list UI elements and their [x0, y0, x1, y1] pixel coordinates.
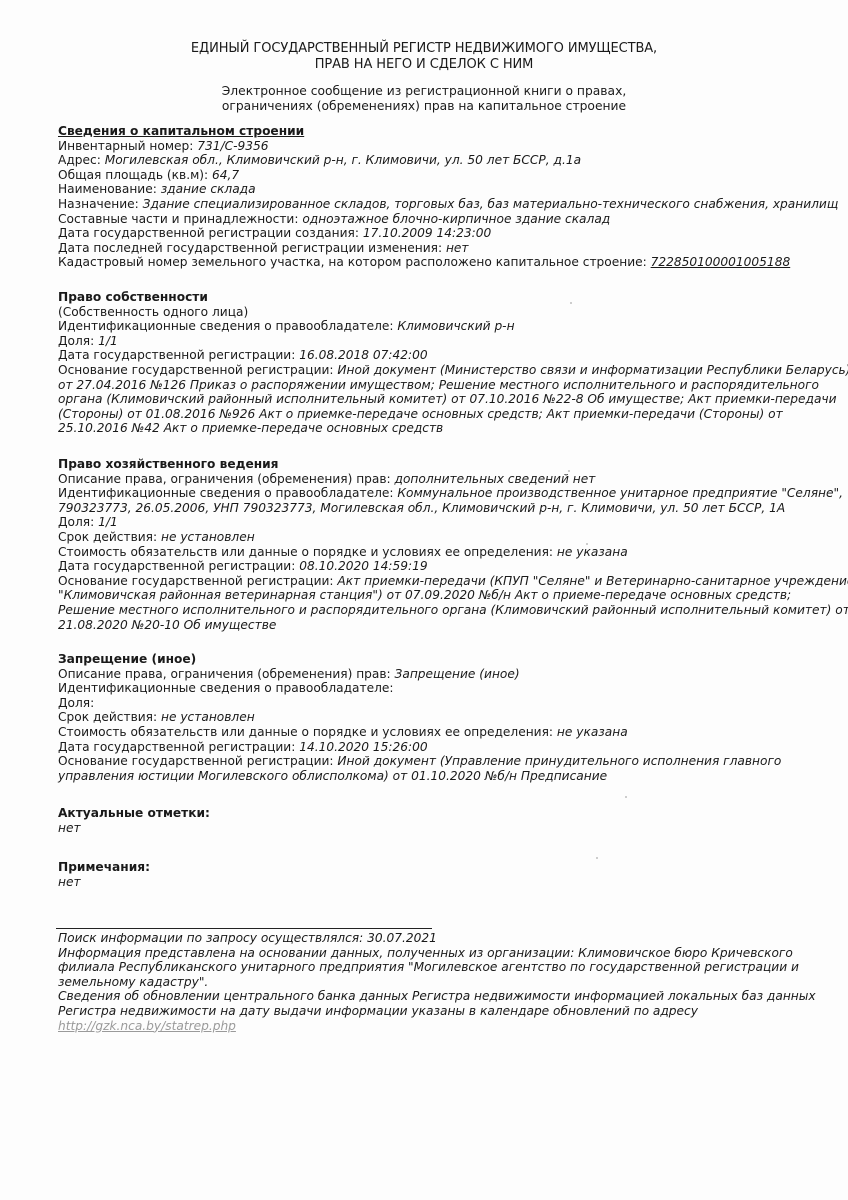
prohibition-field: Срок действия: не установлен [58, 710, 828, 725]
section-title: Актуальные отметки: [58, 806, 828, 821]
economic-fields: Доля: 1/1Срок действия: не установленСто… [58, 515, 828, 573]
field-line: Основание государственной регистрации: А… [58, 574, 828, 589]
document-page: ЕДИНЫЙ ГОСУДАРСТВЕННЫЙ РЕГИСТР НЕДВИЖИМО… [0, 0, 848, 1200]
field-label: Доля: [58, 696, 94, 710]
section-prohibition: Запрещение (иное) Описание права, ограни… [58, 652, 828, 783]
field-value: одноэтажное блочно-кирпичное здание скал… [302, 212, 610, 226]
scan-speck [625, 796, 627, 798]
field-line: "Климовичская районная ветеринарная стан… [58, 588, 828, 603]
field-label: Идентификационные сведения о правооблада… [58, 319, 397, 333]
building-field: Дата последней государственной регистрац… [58, 241, 828, 256]
field-value: 790323773, 26.05.2006, УНП 790323773, Мо… [58, 501, 785, 515]
field-registration-basis: Основание государственной регистрации: А… [58, 574, 828, 632]
prohibition-fields: Описание права, ограничения (обременения… [58, 667, 828, 755]
section-ownership: Право собственности (Собственность одног… [58, 290, 828, 436]
field-label: Кадастровый номер земельного участка, на… [58, 255, 651, 269]
field-value: 25.10.2016 №42 Акт о приемке-передаче ос… [58, 421, 443, 435]
field-registration-basis: Основание государственной регистрации: И… [58, 363, 828, 436]
ownership-field: Идентификационные сведения о правооблада… [58, 319, 828, 334]
section-actual-marks: Актуальные отметки: нет [58, 806, 828, 835]
field-label: Доля: [58, 515, 98, 529]
field-value: от 27.04.2016 №126 Приказ о распоряжении… [58, 378, 819, 392]
scan-speck [570, 302, 572, 304]
field-cadastral-number: Кадастровый номер земельного участка, на… [58, 255, 828, 270]
prohibition-field: Доля: [58, 696, 828, 711]
field-right-description: Описание права, ограничения (обременения… [58, 472, 828, 487]
footer-line: филиала Республиканского унитарного пред… [58, 960, 828, 975]
economic-field: Стоимость обязательств или данные о поря… [58, 545, 828, 560]
field-line: органа (Климовичский районный исполнител… [58, 392, 828, 407]
ownership-fields: Идентификационные сведения о правооблада… [58, 319, 828, 363]
field-label: Основание государственной регистрации: [58, 363, 337, 377]
field-label: Стоимость обязательств или данные о поря… [58, 545, 557, 559]
field-label: Основание государственной регистрации: [58, 754, 337, 768]
field-value: (Стороны) от 01.08.2016 №926 Акт о прием… [58, 407, 783, 421]
field-label: Дата государственной регистрации: [58, 559, 299, 573]
field-line: 21.08.2020 №20-10 Об имуществе [58, 618, 828, 633]
building-field: Инвентарный номер: 731/С-9356 [58, 139, 828, 154]
building-field: Адрес: Могилевская обл., Климовичский р-… [58, 153, 828, 168]
footer-divider [56, 928, 432, 929]
field-value: Иной документ (Министерство связи и инфо… [337, 363, 848, 377]
section-title: Запрещение (иное) [58, 652, 828, 667]
footer-line: Поиск информации по запросу осуществлялс… [58, 931, 828, 946]
field-label: Наименование: [58, 182, 161, 196]
field-label: Назначение: [58, 197, 143, 211]
header-line-1: ЕДИНЫЙ ГОСУДАРСТВЕННЫЙ РЕГИСТР НЕДВИЖИМО… [0, 41, 848, 57]
field-label: Дата государственной регистрации создани… [58, 226, 363, 240]
field-value: Решение местного исполнительного и распо… [58, 603, 848, 617]
scan-speck [568, 470, 570, 472]
field-line: от 27.04.2016 №126 Приказ о распоряжении… [58, 378, 828, 393]
section-building: Сведения о капитальном строении Инвентар… [58, 124, 828, 270]
field-label: Дата государственной регистрации: [58, 740, 299, 754]
building-field: Составные части и принадлежности: одноэт… [58, 212, 828, 227]
prohibition-field: Идентификационные сведения о правооблада… [58, 681, 828, 696]
field-label: Инвентарный номер: [58, 139, 197, 153]
field-value: 16.08.2018 07:42:00 [299, 348, 427, 362]
footer-info: Поиск информации по запросу осуществлялс… [58, 931, 828, 1033]
scan-speck [586, 543, 588, 545]
subheader-line-1: Электронное сообщение из регистрационной… [0, 84, 848, 99]
field-value: 64,7 [212, 168, 239, 182]
field-value: дополнительных сведений нет [395, 472, 596, 486]
prohibition-field: Описание права, ограничения (обременения… [58, 667, 828, 682]
field-value: 731/С-9356 [197, 139, 268, 153]
footer-line: Информация представлена на основании дан… [58, 946, 828, 961]
section-title: Право хозяйственного ведения [58, 457, 828, 472]
field-registration-basis: Основание государственной регистрации: И… [58, 754, 828, 783]
field-label: Описание права, ограничения (обременения… [58, 472, 395, 486]
section-economic-management: Право хозяйственного ведения Описание пр… [58, 457, 828, 632]
ownership-kind: (Собственность одного лица) [58, 305, 828, 320]
field-value: органа (Климовичский районный исполнител… [58, 392, 837, 406]
field-line: Основание государственной регистрации: И… [58, 363, 828, 378]
field-label: Адрес: [58, 153, 105, 167]
field-value: не указана [557, 545, 628, 559]
field-label: Стоимость обязательств или данные о поря… [58, 725, 557, 739]
prohibition-field: Стоимость обязательств или данные о поря… [58, 725, 828, 740]
field-label: Срок действия: [58, 710, 161, 724]
field-value: 08.10.2020 14:59:19 [299, 559, 427, 573]
building-field: Наименование: здание склада [58, 182, 828, 197]
field-holder-identification: Идентификационные сведения о правооблада… [58, 486, 828, 515]
field-value: Запрещение (иное) [395, 667, 520, 681]
actual-marks-value: нет [58, 821, 828, 836]
ownership-field: Дата государственной регистрации: 16.08.… [58, 348, 828, 363]
notes-value: нет [58, 875, 828, 890]
field-value: 17.10.2009 14:23:00 [363, 226, 491, 240]
field-value: "Климовичская районная ветеринарная стан… [58, 588, 791, 602]
field-label: Основание государственной регистрации: [58, 574, 337, 588]
field-value: Могилевская обл., Климовичский р-н, г. К… [105, 153, 581, 167]
ownership-field: Доля: 1/1 [58, 334, 828, 349]
field-value: 21.08.2020 №20-10 Об имуществе [58, 618, 276, 632]
section-notes: Примечания: нет [58, 860, 828, 889]
footer-line: земельному кадастру". [58, 975, 828, 990]
section-title: Примечания: [58, 860, 828, 875]
document-subheader: Электронное сообщение из регистрационной… [0, 84, 848, 113]
field-value: управления юстиции Могилевского облиспол… [58, 769, 607, 783]
field-value: Здание специализированное складов, торго… [143, 197, 839, 211]
field-value: не установлен [161, 530, 255, 544]
field-line: Решение местного исполнительного и распо… [58, 603, 828, 618]
field-value: 1/1 [98, 334, 118, 348]
section-title: Сведения о капитальном строении [58, 124, 828, 139]
field-value: не установлен [161, 710, 255, 724]
economic-field: Срок действия: не установлен [58, 530, 828, 545]
field-value: 14.10.2020 15:26:00 [299, 740, 427, 754]
field-label: Общая площадь (кв.м): [58, 168, 212, 182]
field-value: Акт приемки-передачи (КПУП "Селяне" и Ве… [337, 574, 848, 588]
field-value: Климовичский р-н [397, 319, 514, 333]
building-field: Общая площадь (кв.м): 64,7 [58, 168, 828, 183]
scan-speck [596, 857, 598, 859]
field-value: 1/1 [98, 515, 118, 529]
cadastral-number-link[interactable]: 722850100001005188 [651, 255, 791, 269]
building-fields: Инвентарный номер: 731/С-9356Адрес: Моги… [58, 139, 828, 256]
building-field: Назначение: Здание специализированное ск… [58, 197, 828, 212]
field-label: Составные части и принадлежности: [58, 212, 302, 226]
field-value: нет [446, 241, 469, 255]
field-label: Срок действия: [58, 530, 161, 544]
section-title: Право собственности [58, 290, 828, 305]
field-line: 790323773, 26.05.2006, УНП 790323773, Мо… [58, 501, 828, 516]
field-label: Дата последней государственной регистрац… [58, 241, 446, 255]
field-line: управления юстиции Могилевского облиспол… [58, 769, 828, 784]
footer-line: Сведения об обновлении центрального банк… [58, 989, 828, 1004]
field-value: Коммунальное производственное унитарное … [397, 486, 843, 500]
field-line: 25.10.2016 №42 Акт о приемке-передаче ос… [58, 421, 828, 436]
footer-line: Регистра недвижимости на дату выдачи инф… [58, 1004, 828, 1019]
header-line-2: ПРАВ НА НЕГО И СДЕЛОК С НИМ [0, 57, 848, 73]
economic-field: Доля: 1/1 [58, 515, 828, 530]
economic-field: Дата государственной регистрации: 08.10.… [58, 559, 828, 574]
prohibition-field: Дата государственной регистрации: 14.10.… [58, 740, 828, 755]
document-header: ЕДИНЫЙ ГОСУДАРСТВЕННЫЙ РЕГИСТР НЕДВИЖИМО… [0, 41, 848, 73]
statrep-link[interactable]: http://gzk.nca.by/statrep.php [58, 1019, 828, 1034]
field-label: Идентификационные сведения о правооблада… [58, 486, 397, 500]
field-value: Иной документ (Управление принудительног… [337, 754, 781, 768]
field-label: Доля: [58, 334, 98, 348]
field-value: здание склада [161, 182, 256, 196]
field-line: Основание государственной регистрации: И… [58, 754, 828, 769]
field-label: Описание права, ограничения (обременения… [58, 667, 395, 681]
field-line: Идентификационные сведения о правооблада… [58, 486, 828, 501]
field-value: не указана [557, 725, 628, 739]
footer-lines: Поиск информации по запросу осуществлялс… [58, 931, 828, 1019]
field-line: (Стороны) от 01.08.2016 №926 Акт о прием… [58, 407, 828, 422]
field-label: Идентификационные сведения о правооблада… [58, 681, 393, 695]
subheader-line-2: ограничениях (обременениях) прав на капи… [0, 99, 848, 114]
field-label: Дата государственной регистрации: [58, 348, 299, 362]
building-field: Дата государственной регистрации создани… [58, 226, 828, 241]
